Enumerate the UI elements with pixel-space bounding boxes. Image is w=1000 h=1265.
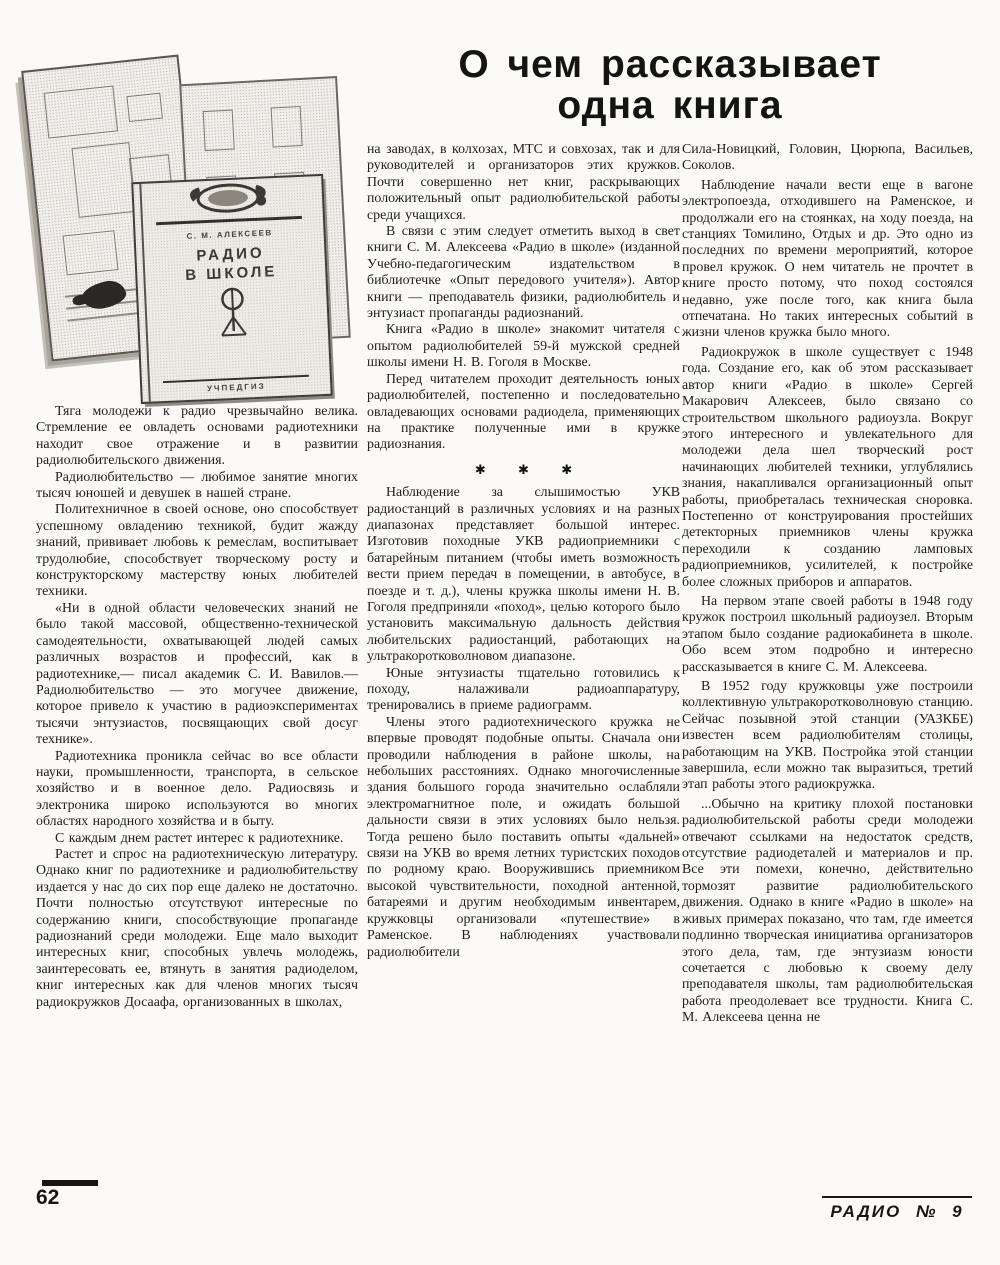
page-number: 62 <box>36 1186 59 1210</box>
paragraph: Радиокружок в школе существует с 1948 го… <box>682 345 973 591</box>
schematic-figure <box>126 93 163 122</box>
paragraph: В связи с этим следует отметить выход в … <box>367 224 680 322</box>
book-cover: С. М. АЛЕКСЕЕВ РАДИО В ШКОЛЕ УЧПЕДГИЗ <box>131 174 333 404</box>
schematic-figure <box>203 110 235 152</box>
column-middle: на заводах, в колхозах, МТС и совхозах, … <box>367 142 680 961</box>
paragraph: Политехничное в своей основе, оно способ… <box>36 502 358 600</box>
schematic-figure <box>44 86 118 139</box>
magazine-page: О чем рассказывает одна книга <box>0 0 1000 1265</box>
paragraph: Наблюдение начали вести еще в вагоне эле… <box>682 178 973 342</box>
paragraph: Сила-Новицкий, Головин, Цюрюпа, Васильев… <box>682 142 973 175</box>
cover-spine-edge <box>139 184 151 402</box>
article-title-line1: О чем рассказывает <box>458 43 881 86</box>
column-right: Сила-Новицкий, Головин, Цюрюпа, Васильев… <box>682 142 973 1027</box>
cover-rule-bottom <box>163 375 310 383</box>
antenna-icon <box>210 286 256 340</box>
paragraph: Юные энтузиасты тщательно готовились к п… <box>367 666 680 715</box>
article-title: О чем рассказывает одна книга <box>400 44 940 126</box>
schematic-figure <box>271 106 303 148</box>
paragraph: В 1952 году кружковцы уже построили колл… <box>682 679 973 794</box>
article-title-line2: одна книга <box>557 84 782 127</box>
cover-vignette-icon <box>172 178 283 219</box>
cover-title-line2: В ШКОЛЕ <box>185 263 278 284</box>
paragraph: на заводах, в колхозах, МТС и совхозах, … <box>367 142 680 224</box>
column-left: Тяга молодежи к радио чрезвычайно велика… <box>36 404 358 1011</box>
book-illustration: С. М. АЛЕКСЕЕВ РАДИО В ШКОЛЕ УЧПЕДГИЗ <box>34 50 358 402</box>
paragraph: «Ни в одной области человеческих знаний … <box>36 601 358 749</box>
cover-title-line1: РАДИО <box>196 245 265 265</box>
paragraph: Радиотехника проникла сейчас во все обла… <box>36 749 358 831</box>
cover-publisher: УЧПЕДГИЗ <box>207 382 266 394</box>
section-separator: ✱ ✱ ✱ <box>367 454 680 485</box>
paragraph: Тяга молодежи к радио чрезвычайно велика… <box>36 404 358 470</box>
paragraph: Растет и спрос на радиотехническую литер… <box>36 847 358 1011</box>
paragraph: Наблюдение за слышимостью УКВ радиостанц… <box>367 485 680 665</box>
paragraph: ...Обычно на критику плохой постановки р… <box>682 797 973 1027</box>
schematic-figure <box>63 230 119 275</box>
cover-title: РАДИО В ШКОЛЕ <box>184 243 278 285</box>
paragraph: Радиолюбительство — любимое занятие мног… <box>36 470 358 503</box>
paragraph: С каждым днем растет интерес к радиотехн… <box>36 831 358 847</box>
paragraph: На первом этапе своей работы в 1948 году… <box>682 594 973 676</box>
paragraph: Члены этого радиотехнического кружка не … <box>367 715 680 961</box>
journal-footer: РАДИО № 9 <box>822 1196 972 1222</box>
paragraph: Перед читателем проходит деятельность юн… <box>367 372 680 454</box>
paragraph: Книга «Радио в школе» знакомит читателя … <box>367 322 680 371</box>
schematic-figure <box>72 142 137 218</box>
cover-author: С. М. АЛЕКСЕЕВ <box>186 228 272 241</box>
